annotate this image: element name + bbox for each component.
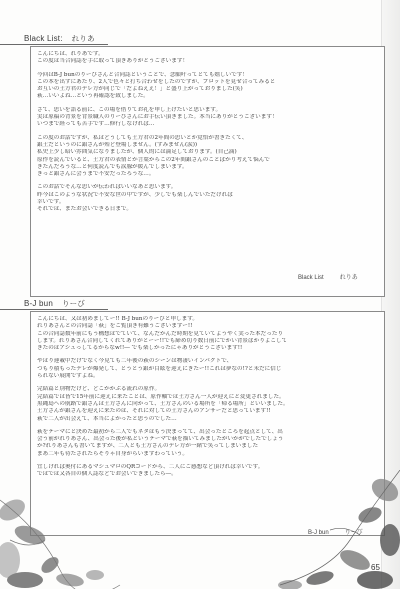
text-line: きっと銀さんに会うまで不安だったろうな…。: [37, 171, 376, 178]
signature-author: りーび: [345, 529, 363, 536]
text-line: 昨今はこのような状況で不安な世の中ですが、少しでも楽しんでいただければ: [37, 192, 376, 199]
text-line: つもり積もったデレが爆発して、とうとう銀が目眩を迎えにきたー!!これは夢なの!?…: [37, 366, 376, 373]
section1-paragraph: この度のお話ですが、私はどうしても土方君の2年間の思いとか覚悟が書きたくて、 銀…: [37, 135, 376, 179]
text-line: この本を出すにあたり、2人で色々と打ち合わせをしたのですが、プロットを見せ合って…: [37, 79, 376, 86]
text-line: 萩…いいよね…という再確認を致しました。: [37, 93, 376, 100]
text-line: 銀土だというのに銀さんが殆ど登場しません。(すみません(涙)): [37, 142, 376, 149]
section2-author-name: りーび: [62, 299, 85, 308]
text-line: 原作を読んでいると、土方君の表情とか言葉からこの2年間銀さんのことばかり考えて悩…: [37, 157, 376, 164]
text-line: さて、思いを語る前に、この場を借りてお礼を申し上げたいと思います。: [37, 107, 376, 114]
text-line: 萩をテーマにと決めた最初から二人でもネタはもう決まってて、出会ったところを起点と…: [37, 429, 376, 436]
signature-author: れりあ: [340, 274, 358, 281]
text-line: 会う前がれりあさん、出会った後が私というテーマで萩を描いてみましたがいかがでした…: [37, 436, 376, 443]
text-line: 黒縄島への航路で銀さんは土方さんに向かって、土方さんのいる場所を「帰る場所」とい…: [37, 401, 376, 408]
text-line: この合同誌数年前にもう構想はでていて、なんだかんだ時期を見ていてようやく実った本…: [37, 331, 376, 338]
section1-paragraph: こんにちは、れりあです。 この度は当合同誌を手に取って頂きありがとうございます！: [37, 51, 376, 66]
text-line: られない展開ですよね。: [37, 373, 376, 380]
text-line: 幸いです。: [37, 199, 376, 206]
text-line: この度のお話ですが、私はどうしても土方君の2年間の思いとか覚悟が書きたくて、: [37, 135, 376, 142]
text-line: します。れりあさん合同してくれてありがとーー!!でも締め切り数日前にでかい背景ば…: [37, 338, 376, 345]
text-line: 私史上少し暗い雰囲気になりましたが、個人的には満足しております。(自己満): [37, 149, 376, 156]
text-line: 完結篇では皆で15年前に迎えに来たことは、原作軸では土方さん一人が迎えにと変更さ…: [37, 394, 376, 401]
text-line: やはり連載中だけでなく今見ても二年後の萩のシーンは物凄いインパクトで、: [37, 358, 376, 365]
section2-paragraph: やはり連載中だけでなく今見ても二年後の萩のシーンは物凄いインパクトで、 つもり積…: [37, 358, 376, 380]
page-number: 65: [371, 563, 380, 572]
text-line: れりあさんとの合同誌「萩」をご覧頂き有難うございますー!!: [37, 323, 376, 330]
section2-message-box: こんにちは、又は初めましてー!! B-J bunのりーびと申します。 れりあさん…: [30, 311, 385, 536]
text-line: このお話でそんな思いが伝わればいいなあと思います。: [37, 184, 376, 191]
signature-circle: B-J bun: [308, 530, 329, 536]
text-line: 宜しければ奥付にあるマシュマロのQRコードから、二人にご感想など頂ければ幸いです…: [37, 464, 376, 471]
section1-header: Black List:れりあ: [24, 33, 95, 44]
text-line: まあ二年も待たされたらそりゃ自身がらいますわっていう。: [37, 451, 376, 458]
section2-paragraph: 萩をテーマにと決めた最初から二人でもネタはもう決まってて、出会ったところを起点と…: [37, 429, 376, 458]
section1-paragraph: さて、思いを語る前に、この場を借りてお礼を申し上げたいと思います。 実は原稿の背…: [37, 107, 376, 129]
text-line: お互いの土方君のデレ方が同じで「だよねええ！」と盛り上がっておりました(笑): [37, 86, 376, 93]
section1-header-rule: [0, 44, 108, 45]
section1-paragraph: 今回はB-J bunのりーびさんと合同誌ということで、念願叶ってとても嬉しいです…: [37, 72, 376, 101]
section1-circle-name: Black List:: [24, 34, 63, 43]
section2-header-rule: [0, 309, 108, 310]
text-line: こんにちは、又は初めましてー!! B-J bunのりーびと申します。: [37, 316, 376, 323]
section1-signature: Black Listれりあ: [298, 272, 358, 281]
section2-paragraph: こんにちは、又は初めましてー!! B-J bunのりーびと申します。 れりあさん…: [37, 316, 376, 352]
section2-header: B-J bunりーび: [24, 298, 85, 309]
text-line: この度は当合同誌を手に取って頂きありがとうございます！: [37, 58, 376, 65]
section1-author-name: れりあ: [72, 34, 95, 43]
text-line: 萩で二人が出会えて、本当によかったと思うのでした…: [37, 416, 376, 423]
text-line: 今回はB-J bunのりーびさんと合同誌ということで、念願叶ってとても嬉しいです…: [37, 72, 376, 79]
text-line: こんにちは、れりあです。: [37, 51, 376, 58]
section2-circle-name: B-J bun: [24, 299, 53, 308]
section2-paragraph: 完結篇と別物だけど、どこかかぶる流れの原作。 完結篇では皆で15年前に迎えに来た…: [37, 386, 376, 422]
section1-paragraph: このお話でそんな思いが伝わればいいなあと思います。 昨今はこのような状況で不安な…: [37, 184, 376, 213]
text-line: いつまで経っても苦手です…修行しなければ…: [37, 121, 376, 128]
text-line: ではでは又各自の個人誌などでお会いできましたら―。: [37, 471, 376, 478]
section2-paragraph: 宜しければ奥付にあるマシュマロのQRコードから、二人にご感想など頂ければ幸いです…: [37, 464, 376, 479]
text-line: きたんだろうな…と何度読んでも涙腺が緩んでしまいます。: [37, 164, 376, 171]
section2-signature: B-J bunりーび: [308, 527, 363, 536]
signature-circle: Black List: [298, 275, 324, 281]
text-line: それでは、またお会いできる日まで。: [37, 206, 376, 213]
text-line: 実は原稿の背景を背景職人のりーびさんにお手伝い頂きました。本当にありがとうござい…: [37, 114, 376, 121]
text-line: 完結篇と別物だけど、どこかかぶる流れの原作。: [37, 386, 376, 393]
text-line: か?れりあさんも書いてますが、二人とも土方さんのデレ方が一緒で笑ってしまいました: [37, 443, 376, 450]
text-line: 土方さんが銀さんを迎えに来たのは、それに対しての土方さんのアンサーだと思っていま…: [37, 408, 376, 415]
text-line: きたのはアシュっしてるからなw!!― でも楽しかったにゃありがとうございます!!: [37, 345, 376, 352]
section1-message-box: こんにちは、れりあです。 この度は当合同誌を手に取って頂きありがとうございます！…: [30, 46, 385, 297]
